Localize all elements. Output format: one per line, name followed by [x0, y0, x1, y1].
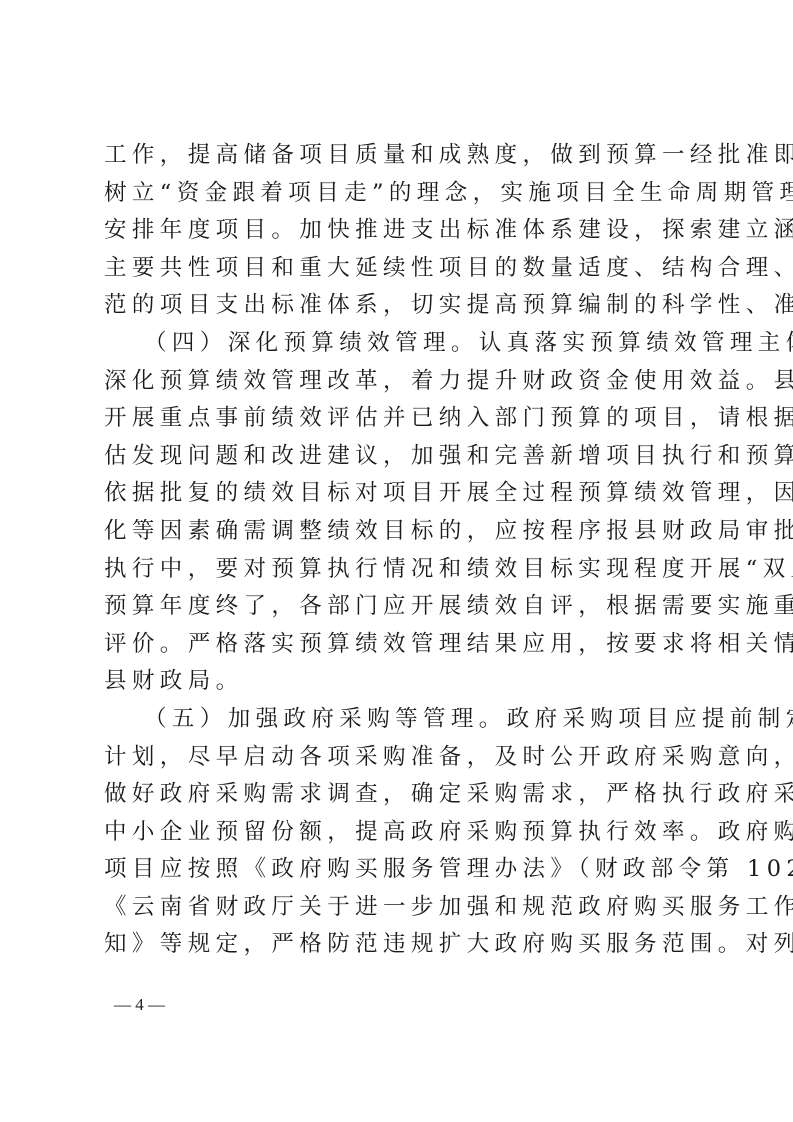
- text-line: 计划，尽早启动各项采购准备，及时公开政府采购意向，按规定: [104, 739, 694, 777]
- text-line: 估发现问题和改进建议，加强和完善新增项目执行和预算管理。: [104, 438, 694, 476]
- text-line: 中小企业预留份额，提高政府采购预算执行效率。政府购买服务: [104, 814, 694, 852]
- text-line: 依据批复的绩效目标对项目开展全过程预算绩效管理，因政策变: [104, 475, 694, 513]
- text-line: 化等因素确需调整绩效目标的，应按程序报县财政局审批。预算: [104, 513, 694, 551]
- text-line: 评价。严格落实预算绩效管理结果应用，按要求将相关情况反馈: [104, 626, 694, 664]
- text-line: 《云南省财政厅关于进一步加强和规范政府购买服务工作的通: [104, 889, 694, 927]
- text-line: 树立“资金跟着项目走”的理念，实施项目全生命周期管理，合理: [104, 175, 694, 213]
- text-line: 执行中，要对预算执行情况和绩效目标实现程度开展“双监控”。: [104, 551, 694, 589]
- text-line: 主要共性项目和重大延续性项目的数量适度、结构合理、科学规: [104, 250, 694, 288]
- text-line: 预算年度终了，各部门应开展绩效自评，根据需要实施重点绩效: [104, 588, 694, 626]
- text-line: 深化预算绩效管理改革，着力提升财政资金使用效益。县财政局: [104, 363, 694, 401]
- page-number: — 4 —: [114, 995, 165, 1015]
- text-line: 范的项目支出标准体系，切实提高预算编制的科学性、准确性。: [104, 287, 694, 325]
- text-line: 县财政局。: [104, 663, 694, 701]
- text-line: 知》等规定，严格防范违规扩大政府购买服务范围。对列入政府: [104, 926, 694, 964]
- text-line: 开展重点事前绩效评估并已纳入部门预算的项目，请根据重点评: [104, 400, 694, 438]
- text-line: 工作，提高储备项目质量和成熟度，做到预算一经批准即可实施。: [104, 137, 694, 175]
- document-body: 工作，提高储备项目质量和成熟度，做到预算一经批准即可实施。 树立“资金跟着项目走…: [104, 137, 694, 964]
- text-line: 项目应按照《政府购买服务管理办法》（财政部令第 102 号）、: [104, 851, 694, 889]
- section-heading-line: （四）深化预算绩效管理。认真落实预算绩效管理主体责任，: [104, 325, 694, 363]
- text-line: 安排年度项目。加快推进支出标准体系建设，探索建立涵盖部门: [104, 212, 694, 250]
- text-line: 做好政府采购需求调查，确定采购需求，严格执行政府采购面向: [104, 776, 694, 814]
- section-heading-line: （五）加强政府采购等管理。政府采购项目应提前制定采购: [104, 701, 694, 739]
